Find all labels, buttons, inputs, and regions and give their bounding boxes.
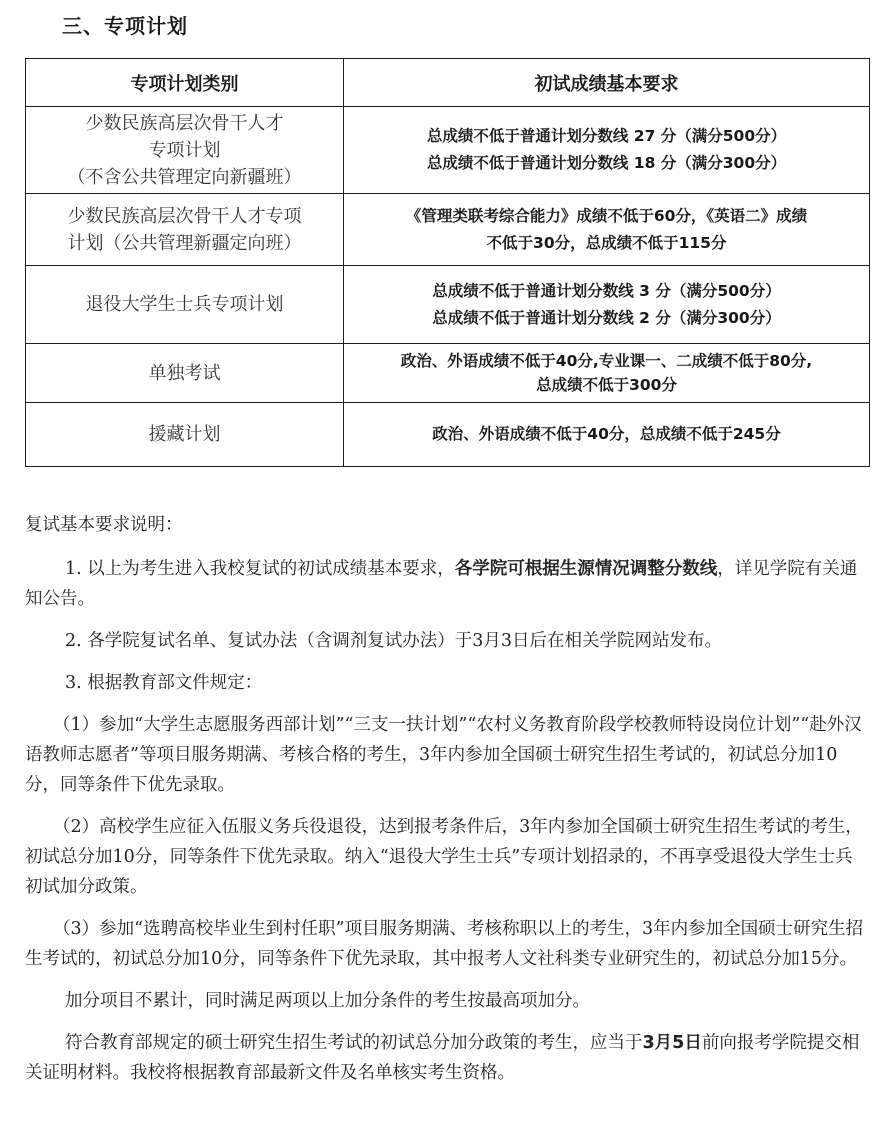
note-emphasis: 3月5日 [643, 1033, 702, 1053]
retest-notes: 复试基本要求说明： 1. 以上为考生进入我校复试的初试成绩基本要求，各学院可根据… [25, 510, 870, 1100]
header-requirement: 初试成绩基本要求 [344, 59, 870, 107]
category-line: （不含公共管理定向新疆班） [30, 164, 339, 191]
requirement-cell: 《管理类联考综合能力》成绩不低于60分，《英语二》成绩 不低于30分，总成绩不低… [344, 194, 870, 266]
table-row: 退役大学生士兵专项计划 总成绩不低于普通计划分数线 3 分（满分500分） 总成… [26, 266, 870, 344]
requirement-line: 政治、外语成绩不低于40分,专业课一、二成绩不低于80分, [348, 349, 865, 373]
note-para-2: 符合教育部规定的硕士研究生招生考试的初试总分加分政策的考生，应当于3月5日前向报… [25, 1028, 870, 1088]
category-line: 专项计划 [30, 137, 339, 164]
category-line: 少数民族高层次骨干人才专项 [30, 203, 339, 230]
section-title: 三、专项计划 [62, 10, 188, 39]
requirement-cell: 总成绩不低于普通计划分数线 3 分（满分500分） 总成绩不低于普通计划分数线 … [344, 266, 870, 344]
requirement-line: 政治、外语成绩不低于40分，总成绩不低于245分 [348, 421, 865, 448]
category-cell: 少数民族高层次骨干人才 专项计划 （不含公共管理定向新疆班） [26, 107, 344, 194]
category-cell: 少数民族高层次骨干人才专项 计划（公共管理新疆定向班） [26, 194, 344, 266]
special-plan-table: 专项计划类别 初试成绩基本要求 少数民族高层次骨干人才 专项计划 （不含公共管理… [25, 58, 870, 467]
requirement-cell: 政治、外语成绩不低于40分，总成绩不低于245分 [344, 403, 870, 467]
table-row: 少数民族高层次骨干人才 专项计划 （不含公共管理定向新疆班） 总成绩不低于普通计… [26, 107, 870, 194]
note-item-2: 2. 各学院复试名单、复试办法（含调剂复试办法）于3月3日后在相关学院网站发布。 [25, 626, 870, 656]
table-header-row: 专项计划类别 初试成绩基本要求 [26, 59, 870, 107]
note-para-1: 加分项目不累计，同时满足两项以上加分条件的考生按最高项加分。 [25, 986, 870, 1016]
note-text: 1. 以上为考生进入我校复试的初试成绩基本要求， [65, 559, 455, 579]
requirement-line: 总成绩不低于普通计划分数线 18 分（满分300分） [348, 150, 865, 177]
note-text: 符合教育部规定的硕士研究生招生考试的初试总分加分政策的考生，应当于 [65, 1033, 643, 1053]
note-item-1: 1. 以上为考生进入我校复试的初试成绩基本要求，各学院可根据生源情况调整分数线，… [25, 554, 870, 614]
requirement-line: 总成绩不低于普通计划分数线 27 分（满分500分） [348, 123, 865, 150]
requirement-line: 不低于30分，总成绩不低于115分 [348, 230, 865, 257]
requirement-cell: 总成绩不低于普通计划分数线 27 分（满分500分） 总成绩不低于普通计划分数线… [344, 107, 870, 194]
table-row: 单独考试 政治、外语成绩不低于40分,专业课一、二成绩不低于80分, 总成绩不低… [26, 344, 870, 403]
table-row: 援藏计划 政治、外语成绩不低于40分，总成绩不低于245分 [26, 403, 870, 467]
requirement-line: 总成绩不低于300分 [348, 373, 865, 397]
requirement-cell: 政治、外语成绩不低于40分,专业课一、二成绩不低于80分, 总成绩不低于300分 [344, 344, 870, 403]
notes-heading: 复试基本要求说明： [25, 510, 870, 540]
note-emphasis: 各学院可根据生源情况调整分数线 [455, 559, 718, 579]
category-line: 退役大学生士兵专项计划 [30, 291, 339, 318]
note-sub-3: （3）参加“选聘高校毕业生到村任职”项目服务期满、考核称职以上的考生，3年内参加… [25, 914, 870, 974]
category-line: 少数民族高层次骨干人才 [30, 110, 339, 137]
category-cell: 单独考试 [26, 344, 344, 403]
category-cell: 援藏计划 [26, 403, 344, 467]
table-row: 少数民族高层次骨干人才专项 计划（公共管理新疆定向班） 《管理类联考综合能力》成… [26, 194, 870, 266]
requirement-line: 总成绩不低于普通计划分数线 2 分（满分300分） [348, 305, 865, 332]
category-line: 援藏计划 [30, 421, 339, 448]
category-cell: 退役大学生士兵专项计划 [26, 266, 344, 344]
category-line: 单独考试 [30, 360, 339, 387]
header-category: 专项计划类别 [26, 59, 344, 107]
note-item-3: 3. 根据教育部文件规定： [25, 668, 870, 698]
note-sub-1: （1）参加“大学生志愿服务西部计划”“三支一扶计划”“农村义务教育阶段学校教师特… [25, 710, 870, 800]
category-line: 计划（公共管理新疆定向班） [30, 230, 339, 257]
requirement-line: 《管理类联考综合能力》成绩不低于60分，《英语二》成绩 [348, 203, 865, 230]
requirement-line: 总成绩不低于普通计划分数线 3 分（满分500分） [348, 278, 865, 305]
note-sub-2: （2）高校学生应征入伍服义务兵役退役，达到报考条件后，3年内参加全国硕士研究生招… [25, 812, 870, 902]
